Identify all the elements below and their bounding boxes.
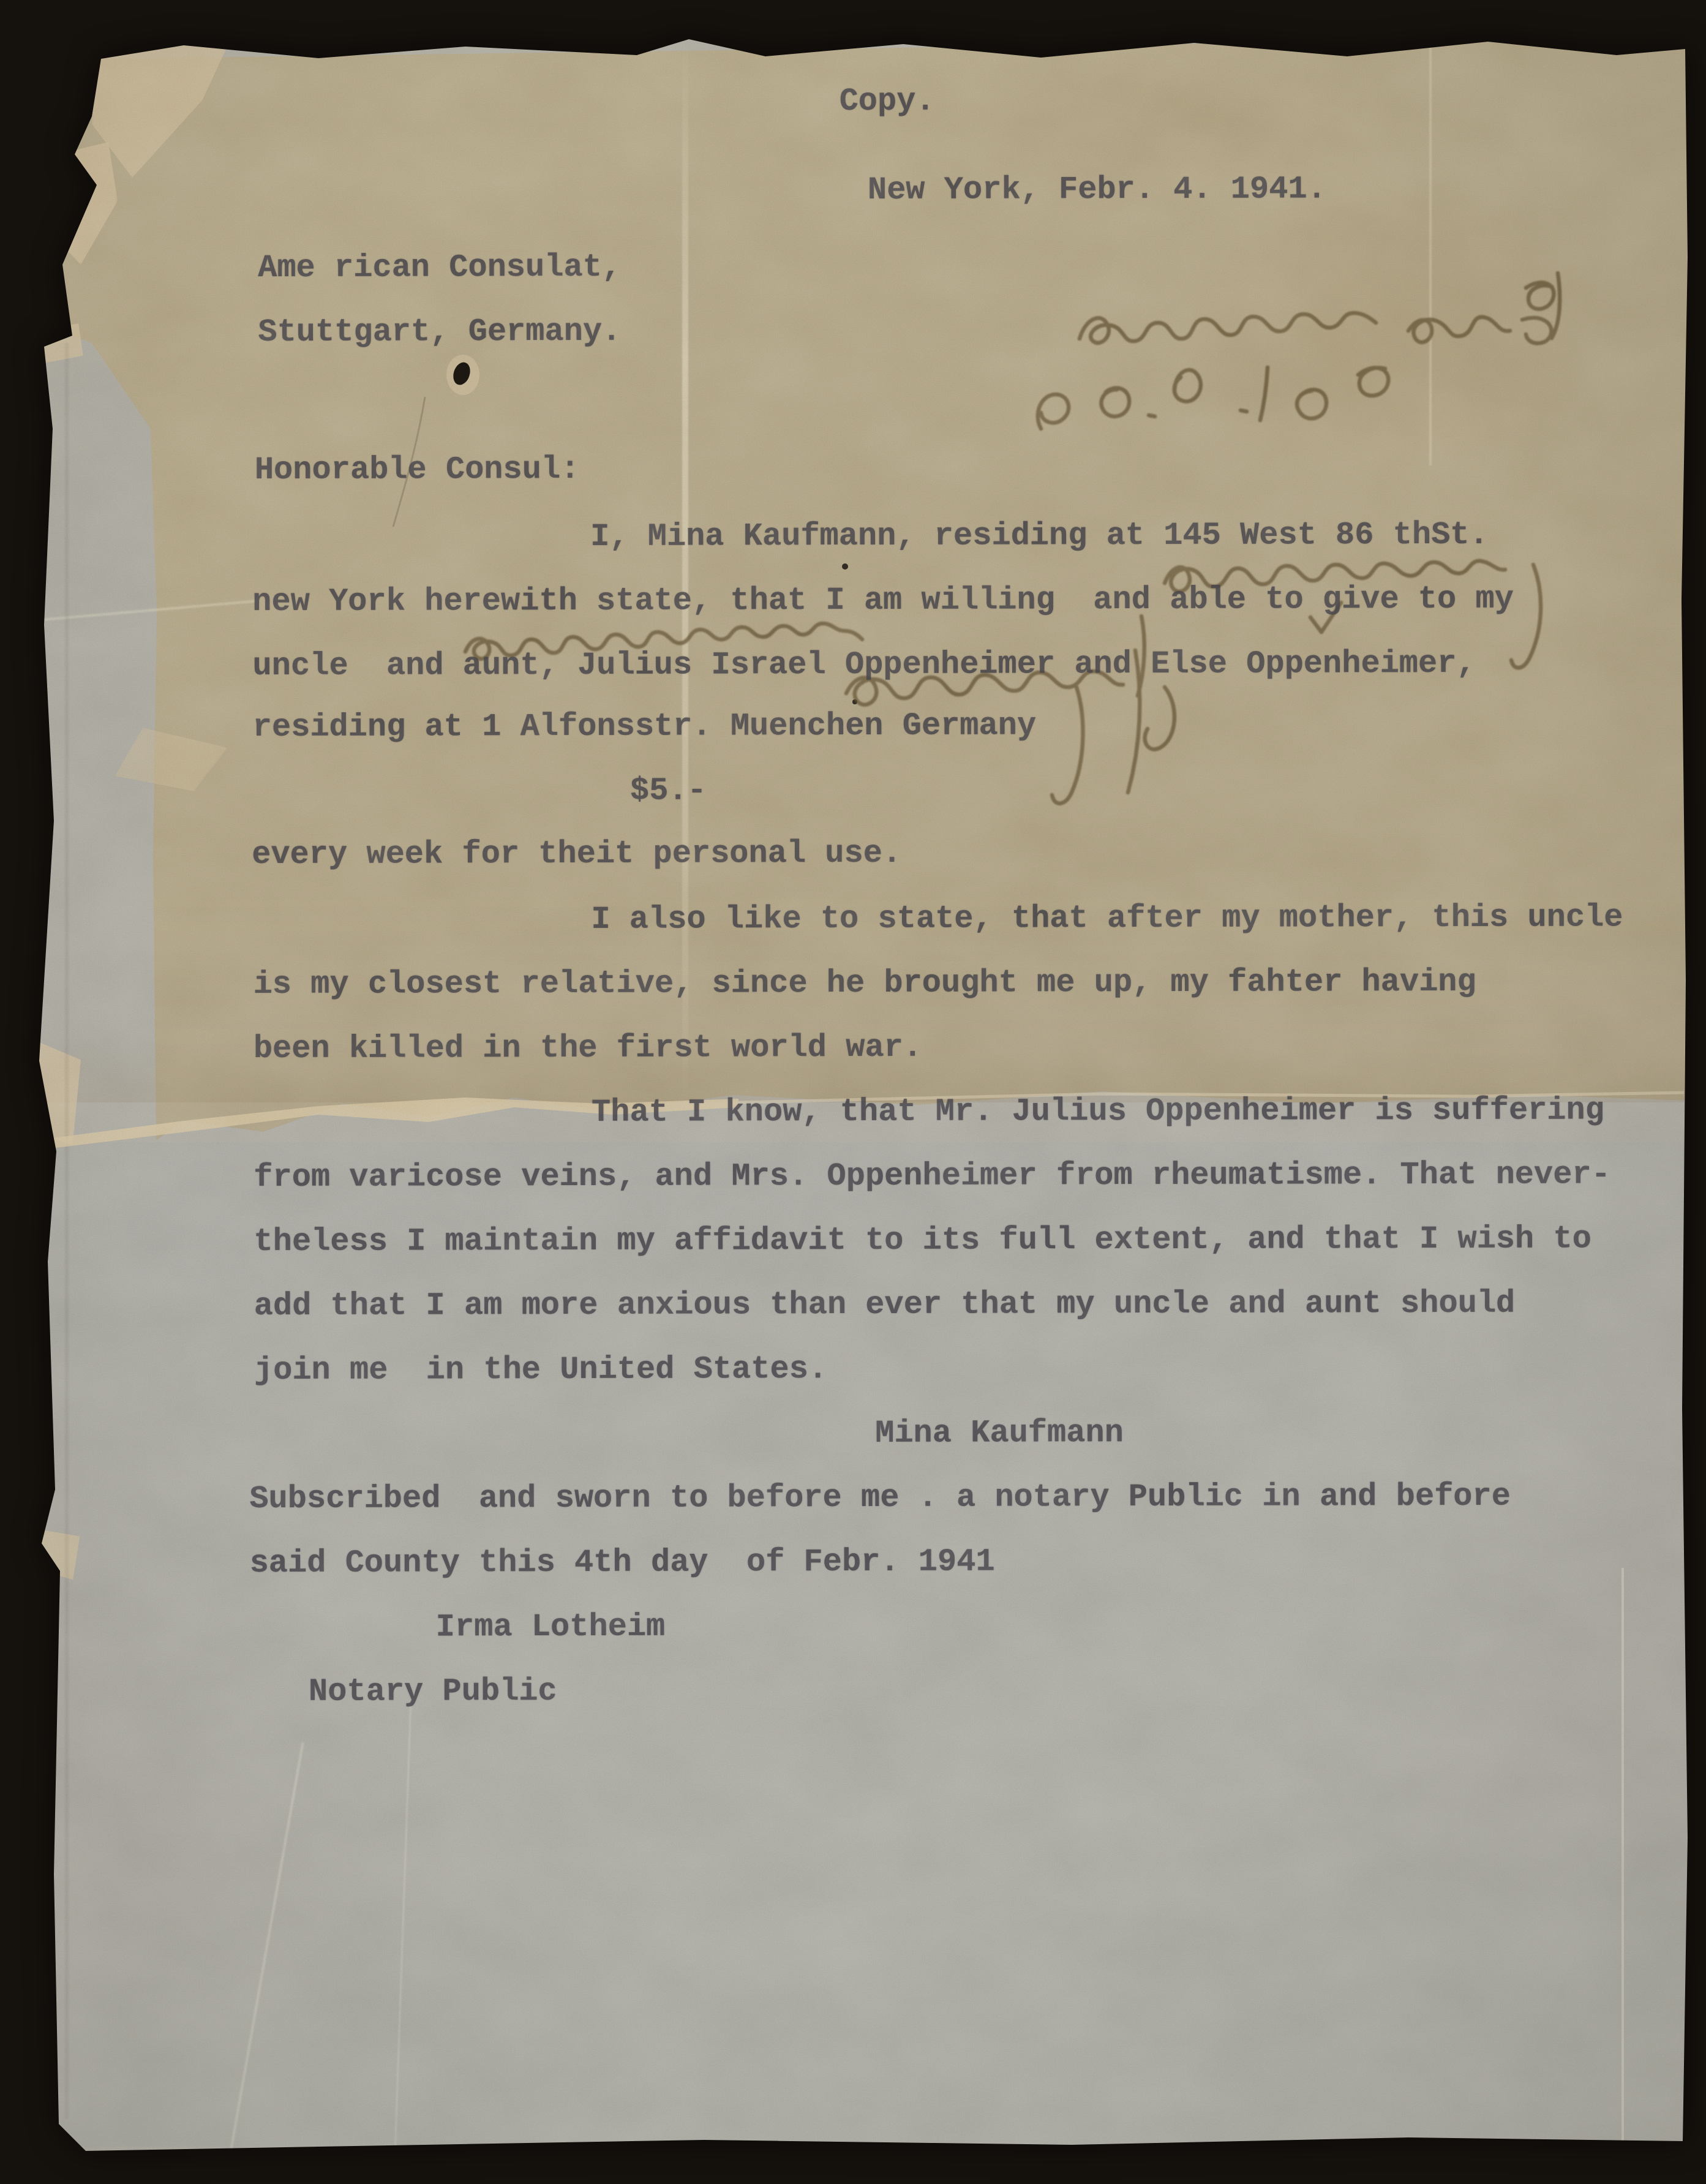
scan-vignette: [0, 0, 1706, 2184]
scan-background: Copy. New York, Febr. 4. 1941. Ame rican…: [0, 0, 1706, 2184]
letter-page: Copy. New York, Febr. 4. 1941. Ame rican…: [0, 0, 1706, 2184]
paper-sheet: Copy. New York, Febr. 4. 1941. Ame rican…: [0, 0, 1706, 2184]
